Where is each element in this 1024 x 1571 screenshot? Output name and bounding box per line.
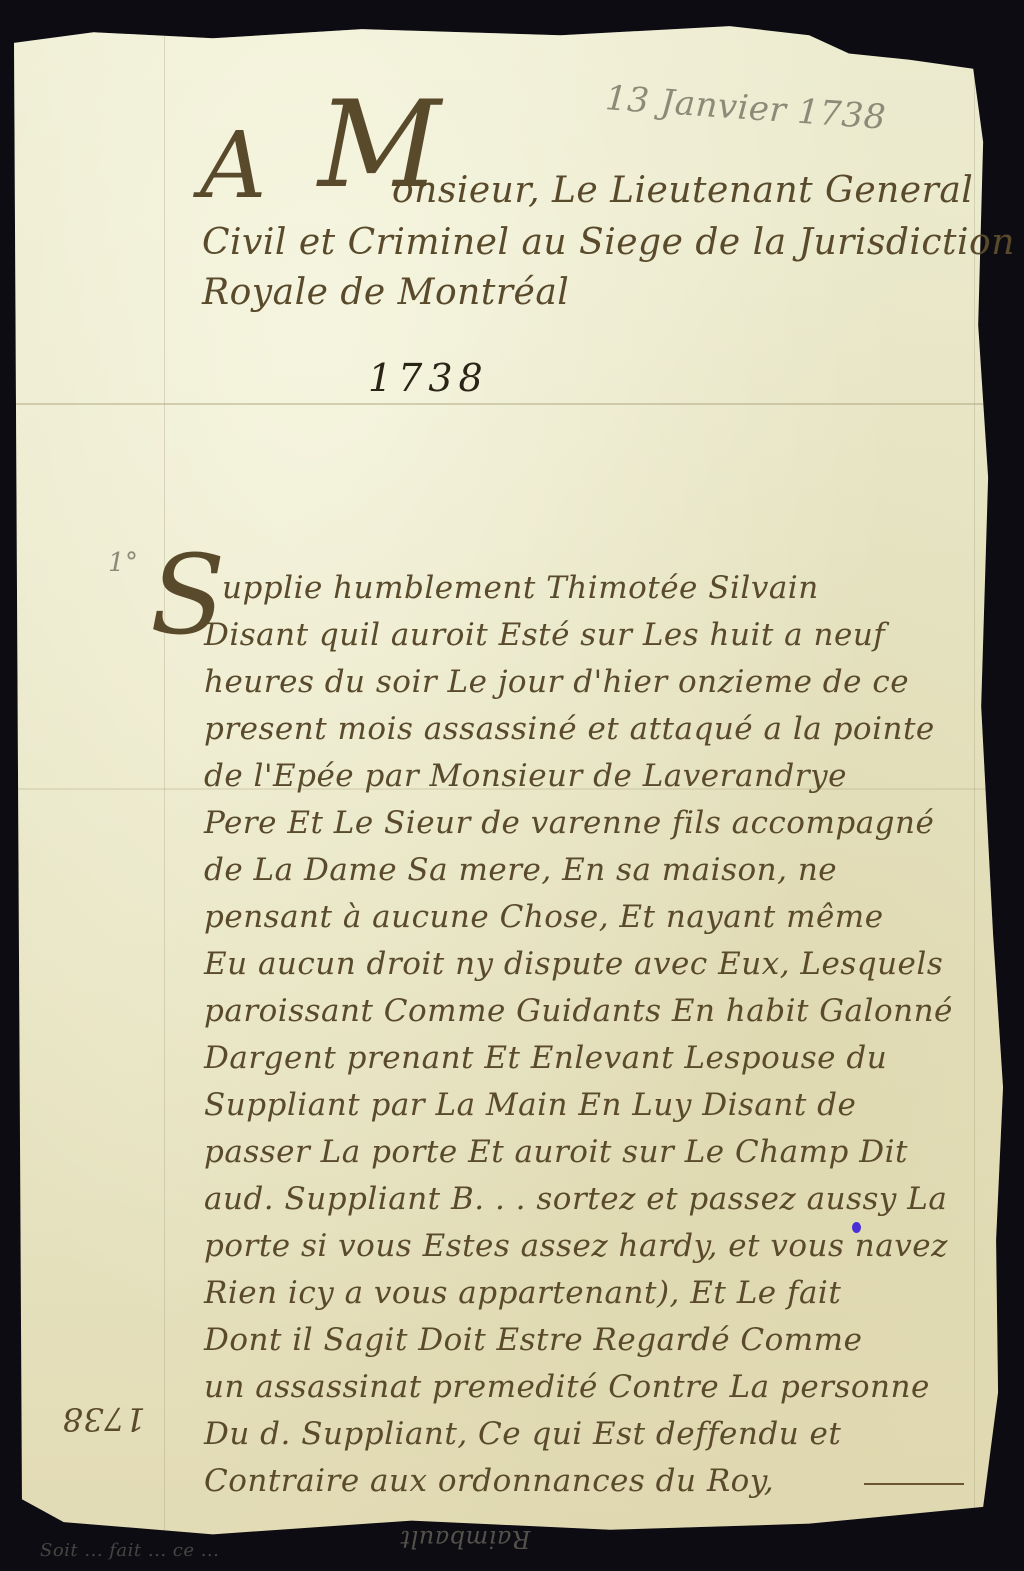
vertical-fold-line: [164, 20, 165, 1545]
bleed-through-signature: Raimbault: [400, 1525, 530, 1553]
body-line: Eu aucun droit ny dispute avec Eux, Lesq…: [204, 946, 943, 982]
body-line: porte si vous Estes assez hardy, et vous…: [204, 1228, 948, 1264]
body-line: Dargent prenant Et Enlevant Lespouse du: [204, 1040, 887, 1076]
body-line: Disant quil auroit Esté sur Les huit a n…: [204, 617, 885, 653]
body-line: pensant à aucune Chose, Et nayant même: [204, 899, 884, 935]
closing-dash: [864, 1483, 964, 1485]
body-line: Pere Et Le Sieur de varenne fils accompa…: [204, 805, 934, 841]
body-line: upplie humblement Thimotée Silvain: [222, 570, 819, 606]
margin-page-mark: 1°: [108, 548, 139, 578]
body-line: aud. Suppliant B. . . sortez et passez a…: [204, 1181, 947, 1217]
body-line: Dont il Sagit Doit Estre Regardé Comme: [204, 1322, 862, 1358]
body-line: present mois assassiné et attaqué a la p…: [204, 711, 935, 747]
body-line: Suppliant par La Main En Luy Disant de: [204, 1087, 856, 1123]
ink-spot: [852, 1222, 861, 1233]
body-line: passer La porte Et auroit sur Le Champ D…: [204, 1134, 908, 1170]
body-line: Du d. Suppliant, Ce qui Est deffendu et: [204, 1416, 841, 1452]
body-line: paroissant Comme Guidants En habit Galon…: [204, 993, 953, 1029]
body-line: heures du soir Le jour d'hier onzieme de…: [204, 664, 909, 700]
body-line: de La Dame Sa mere, En sa maison, ne: [204, 852, 837, 888]
body-line: un assassinat premedité Contre La person…: [204, 1369, 930, 1405]
body-line: Contraire aux ordonnances du Roy,: [204, 1463, 774, 1499]
address-line: Civil et Criminel au Siege de la Jurisdi…: [202, 222, 1015, 263]
body-line: de l'Epée par Monsieur de Laverandrye: [204, 758, 847, 794]
bleed-through-note: Soit ... fait ... ce ...: [40, 1540, 219, 1561]
address-line: Royale de Montréal: [202, 272, 569, 313]
margin-year-upside-down: 1738: [62, 1400, 145, 1438]
address-line: onsieur, Le Lieutenant General: [392, 170, 973, 211]
address-initial-a: A: [200, 120, 267, 212]
year-mark: 1738: [368, 356, 489, 400]
body-line: Rien icy a vous appartenant), Et Le fait: [204, 1275, 841, 1311]
